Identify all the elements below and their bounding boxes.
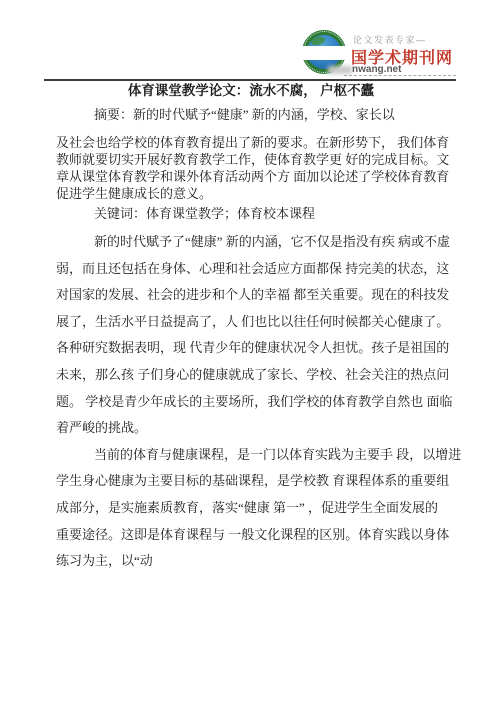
text-line: 弱，而且还包括在身体、心理和社会适应方面都保 持完美的状态，这 xyxy=(56,256,446,283)
text-line: 未来，那么孩 子们身心的健康就成了家长、学校、社会关注的热点问 xyxy=(56,362,446,389)
text-line: 摘要：新的时代赋予“健康” 新的内涵，学校、家长以 xyxy=(56,106,446,123)
text-line: 题。 学校是青少年成长的主要场所，我们学校的体育教学自然也 面临 xyxy=(56,389,446,416)
text-line: 当前的体育与健康课程，是一门以体育实践为主要手 段，以增进 xyxy=(56,442,446,469)
text-line: 教师就要切实开展好教育教学工作，使体育教学更 好的完成目标。文 xyxy=(56,151,446,168)
text-line: 着严峻的挑战。 xyxy=(56,415,446,442)
document-content: 体育课堂教学论文：流水不腐， 户枢不蠹 摘要：新的时代赋予“健康” 新的内涵，学… xyxy=(56,82,446,575)
url-smudge xyxy=(328,66,352,74)
body-paragraph-2: 当前的体育与健康课程，是一门以体育实践为主要手 段，以增进 学生身心健康为主要目… xyxy=(56,442,446,575)
text-line: 重要途径。这即是体育课程与 一般文化课程的区别。体育实践以身体 xyxy=(56,522,446,549)
text-line: 对国家的发展、社会的进步和个人的幸福 都至关重要。现在的科技发 xyxy=(56,282,446,309)
body-paragraph-1: 新的时代赋予了“健康” 新的内涵，它不仅是指没有疾 病或不虚 弱，而且还包括在身… xyxy=(56,229,446,442)
text-line: 练习为主，以“动 xyxy=(56,548,446,575)
text-line: 及社会也给学校的体育教育提出了新的要求。在新形势下， 我们体育 xyxy=(56,134,446,151)
document-title: 体育课堂教学论文：流水不腐， 户枢不蠹 xyxy=(56,82,446,100)
logo-white-band xyxy=(298,46,353,60)
text-line: 章从课堂体育教学和课外体育活动两个方 面加以论述了学校体育教育 xyxy=(56,168,446,185)
document-page: 论文发表专家— 国学术期刊网 nwang.net 体育课堂教学论文：流水不腐， … xyxy=(0,0,500,708)
text-line: 促进学生健康成长的意义。 xyxy=(56,185,446,202)
brand-domain: nwang.net xyxy=(352,64,401,75)
text-line: 新的时代赋予了“健康” 新的内涵，它不仅是指没有疾 病或不虚 xyxy=(56,229,446,256)
text-line: 各种研究数据表明，现 代青少年的健康状况令人担忧。孩子是祖国的 xyxy=(56,335,446,362)
text-line: 学生身心健康为主要目标的基础课程，是学校教 育课程体系的重要组 xyxy=(56,468,446,495)
text-line: 成部分，是实施素质教育，落实“健康 第一” ，促进学生全面发展的 xyxy=(56,495,446,522)
header-rule xyxy=(44,79,456,81)
keywords-line: 关键词：体育课堂教学；体育校本课程 xyxy=(56,205,446,222)
domain-underline xyxy=(344,75,456,76)
text-line: 展了，生活水平日益提高了，人 们也比以往任何时候都关心健康了。 xyxy=(56,309,446,336)
abstract-paragraph: 摘要：新的时代赋予“健康” 新的内涵，学校、家长以 及社会也给学校的体育教育提出… xyxy=(56,106,446,202)
